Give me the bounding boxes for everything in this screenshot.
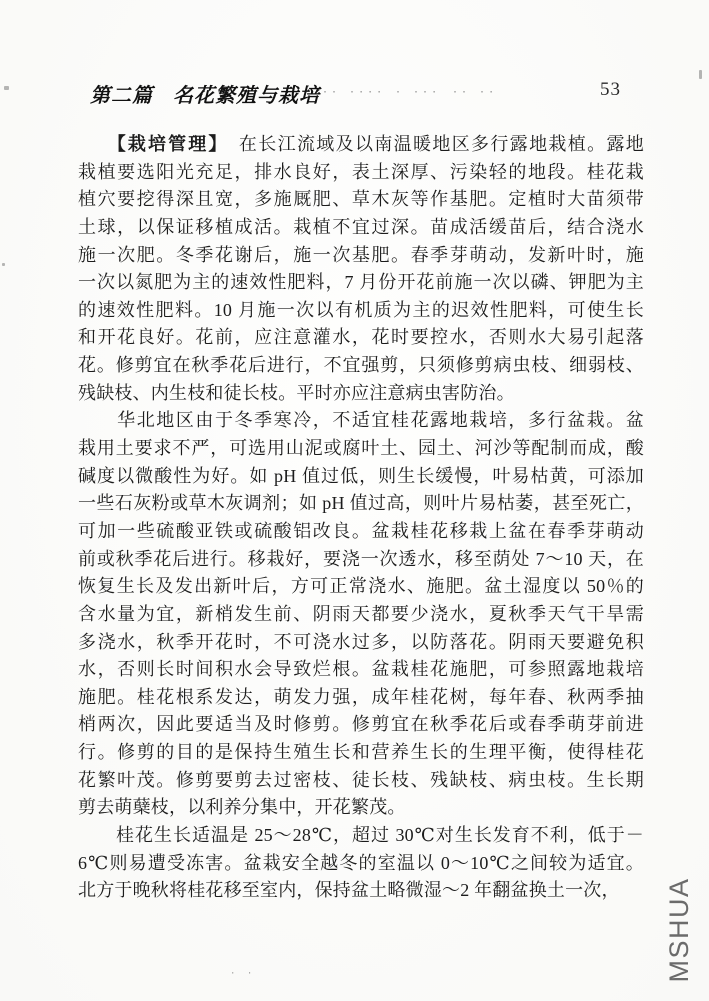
text-line: 北方于晚秋将桂花移至室内，保持盆土略微湿～2 年翻盆换土一次， bbox=[78, 877, 644, 905]
paragraph: 桂花生长适温是 25～28℃，超过 30℃对生长发育不利，低于－6℃则易遭受冻害… bbox=[78, 822, 644, 905]
text-line: 栽植要选阳光充足，排水良好，表土深厚、污染轻的地段。桂花栽 bbox=[78, 159, 644, 187]
text-line: 梢两次，因此要适当及时修剪。修剪宜在秋季花后或春季萌芽前进 bbox=[78, 711, 644, 739]
text-line: 恢复生长及发出新叶后，方可正常浇水、施肥。盆土湿度以 50％的 bbox=[78, 573, 644, 601]
text-segment bbox=[78, 134, 117, 154]
text-line: 【栽培管理】 在长江流域及以南温暖地区多行露地栽植。露地 bbox=[78, 131, 644, 159]
section-label: 【栽培管理】 bbox=[117, 134, 220, 154]
scan-speck bbox=[4, 86, 9, 90]
scan-speck bbox=[699, 70, 702, 79]
page-number: 53 bbox=[600, 79, 621, 101]
text-line: 的速效性肥料。10 月施一次以有机质为主的迟效性肥料，可使生长 bbox=[78, 297, 644, 325]
page-header: 第二篇名花繁殖与栽培 bbox=[90, 79, 320, 108]
paragraph: 【栽培管理】 在长江流域及以南温暖地区多行露地栽植。露地栽植要选阳光充足，排水良… bbox=[78, 131, 644, 407]
text-line: 桂花生长适温是 25～28℃，超过 30℃对生长发育不利，低于－ bbox=[78, 822, 644, 850]
text-line: 6℃则易遭受冻害。盆栽安全越冬的室温以 0～10℃之间较为适宜。 bbox=[78, 850, 644, 878]
text-line: 和开花良好。花前，应注意灌水，花时要控水，否则水大易引起落 bbox=[78, 324, 644, 352]
header-dot-leader: · ··· bbox=[395, 87, 440, 98]
text-line: 一些石灰粉或草木灰调剂；如 pH 值过高，则叶片易枯萎，甚至死亡， bbox=[78, 490, 644, 518]
text-line: 前或秋季花后进行。移栽好，要浇一次透水，移至荫处 7～10 天，在 bbox=[78, 546, 644, 574]
text-line: 植穴要挖得深且宽，多施厩肥、草木灰等作基肥。定植时大苗须带 bbox=[78, 186, 644, 214]
watermark: MSHUA bbox=[664, 870, 694, 990]
text-line: 花繁叶茂。修剪要剪去过密枝、徒长枝、残缺枝、病虫枝。生长期 bbox=[78, 767, 644, 795]
header-chapter-title: 名花繁殖与栽培 bbox=[173, 85, 320, 107]
text-line: 花。修剪宜在秋季花后进行，不宜强剪，只须修剪病虫枝、细弱枝、 bbox=[78, 352, 644, 380]
text-line: 水，否则长时间积水会导致烂根。盆栽桂花施肥，可参照露地栽培 bbox=[78, 656, 644, 684]
scan-speck: · · bbox=[230, 969, 255, 979]
text-line: 华北地区由于冬季寒冷，不适宜桂花露地栽培，多行盆栽。盆 bbox=[78, 407, 644, 435]
text-line: 栽用土要求不严，可选用山泥或腐叶土、园土、河沙等配制而成，酸 bbox=[78, 435, 644, 463]
scan-speck bbox=[2, 263, 5, 266]
header-section-title: 第二篇 bbox=[90, 85, 153, 107]
paragraph: 华北地区由于冬季寒冷，不适宜桂花露地栽培，多行盆栽。盆栽用土要求不严，可选用山泥… bbox=[78, 407, 644, 822]
scanned-page: 第二篇名花繁殖与栽培 ·· ···· · ··· ·· ·· 53 【栽培管理】… bbox=[0, 0, 709, 1001]
text-line: 施一次肥。冬季花谢后，施一次基肥。春季芽萌动，发新叶时，施 bbox=[78, 242, 644, 270]
header-dot-leader: ·· ·· bbox=[452, 87, 497, 98]
body-text: 【栽培管理】 在长江流域及以南温暖地区多行露地栽植。露地栽植要选阳光充足，排水良… bbox=[78, 131, 644, 905]
text-line: 一次以氮肥为主的速效性肥料，7 月份开花前施一次以磷、钾肥为主 bbox=[78, 269, 644, 297]
text-segment: 在长江流域及以南温暖地区多行露地栽植。露地 bbox=[220, 134, 644, 154]
text-line: 残缺枝、内生枝和徒长枝。平时亦应注意病虫害防治。 bbox=[78, 380, 644, 408]
text-line: 施肥。桂花根系发达，萌发力强，成年桂花树，每年春、秋两季抽 bbox=[78, 684, 644, 712]
text-line: 多浇水，秋季开花时，不可浇水过多，以防落花。阴雨天要避免积 bbox=[78, 629, 644, 657]
text-line: 剪去萌蘖枝，以利养分集中，开花繁茂。 bbox=[78, 794, 644, 822]
text-line: 行。修剪的目的是保持生殖生长和营养生长的生理平衡，使得桂花 bbox=[78, 739, 644, 767]
header-dot-leader: ·· ···· bbox=[322, 87, 385, 98]
text-line: 含水量为宜，新梢发生前、阴雨天都要少浇水，夏秋季天气干旱需 bbox=[78, 601, 644, 629]
text-line: 土球，以保证移植成活。栽植不宜过深。苗成活缓苗后，结合浇水 bbox=[78, 214, 644, 242]
text-line: 碱度以微酸性为好。如 pH 值过低，则生长缓慢，叶易枯黄，可添加 bbox=[78, 463, 644, 491]
text-line: 可加一些硫酸亚铁或硫酸铝改良。盆栽桂花移栽上盆在春季芽萌动 bbox=[78, 518, 644, 546]
